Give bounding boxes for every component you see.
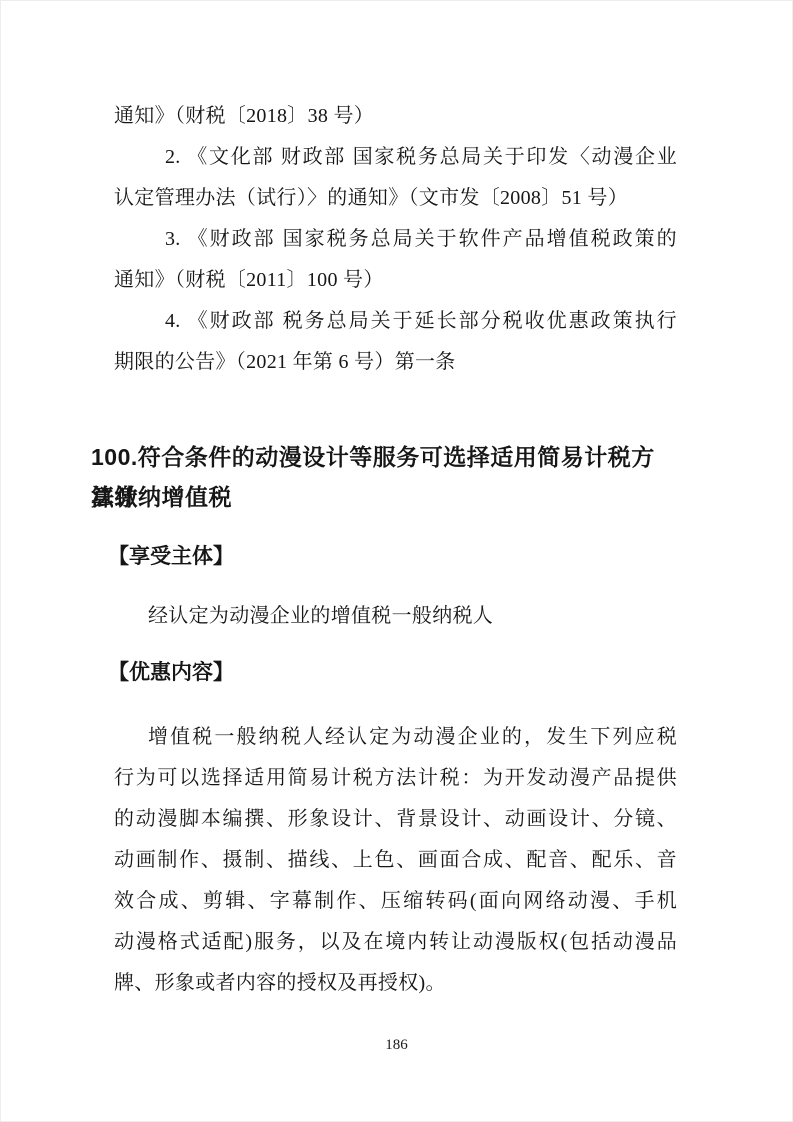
- reference-continuation: 通知》（财税〔2018〕38 号）: [114, 96, 677, 137]
- text-line: 通知》（财税〔2018〕38 号）: [114, 96, 677, 137]
- text-line: 牌、形象或者内容的授权及再授权)。: [114, 963, 677, 1004]
- page-body: 通知》（财税〔2018〕38 号）2. 《文化部 财政部 国家税务总局关于印发〈…: [114, 1, 677, 1004]
- text-line: 通知》（财税〔2011〕100 号）: [114, 260, 677, 301]
- text-line: 3. 《财政部 国家税务总局关于软件产品增值税政策的: [114, 219, 677, 260]
- document-page: 通知》（财税〔2018〕38 号）2. 《文化部 财政部 国家税务总局关于印发〈…: [0, 0, 793, 1122]
- section-heading-line: 算缴纳增值税: [91, 477, 677, 517]
- text-line: 增值税一般纳税人经认定为动漫企业的，发生下列应税: [114, 717, 677, 758]
- reference-item-4: 4. 《财政部 税务总局关于延长部分税收优惠政策执行期限的公告》（2021 年第…: [114, 301, 677, 383]
- section-heading: 100.符合条件的动漫设计等服务可选择适用简易计税方法计算缴纳增值税: [91, 437, 677, 517]
- benefit-subject-label: 【享受主体】: [108, 537, 677, 577]
- reference-list: 通知》（财税〔2018〕38 号）2. 《文化部 财政部 国家税务总局关于印发〈…: [114, 96, 677, 383]
- text-line: 效合成、剪辑、字幕制作、压缩转码(面向网络动漫、手机: [114, 881, 677, 922]
- reference-item-2: 2. 《文化部 财政部 国家税务总局关于印发〈动漫企业认定管理办法（试行）〉的通…: [114, 137, 677, 219]
- benefit-subject-paragraph: 经认定为动漫企业的增值税一般纳税人: [114, 596, 677, 637]
- section-blocks: 【享受主体】经认定为动漫企业的增值税一般纳税人【优惠内容】增值税一般纳税人经认定…: [114, 537, 677, 1004]
- benefit-content-paragraph: 增值税一般纳税人经认定为动漫企业的，发生下列应税行为可以选择适用简易计税方法计税…: [114, 717, 677, 1004]
- reference-item-3: 3. 《财政部 国家税务总局关于软件产品增值税政策的通知》（财税〔2011〕10…: [114, 219, 677, 301]
- text-line: 2. 《文化部 财政部 国家税务总局关于印发〈动漫企业: [114, 137, 677, 178]
- text-line: 4. 《财政部 税务总局关于延长部分税收优惠政策执行: [114, 301, 677, 342]
- text-line: 经认定为动漫企业的增值税一般纳税人: [114, 596, 677, 637]
- text-line: 动漫格式适配)服务，以及在境内转让动漫版权(包括动漫品: [114, 922, 677, 963]
- text-line: 的动漫脚本编撰、形象设计、背景设计、动画设计、分镜、: [114, 799, 677, 840]
- text-line: 认定管理办法（试行）〉的通知》（文市发〔2008〕51 号）: [114, 178, 677, 219]
- text-line: 期限的公告》（2021 年第 6 号）第一条: [114, 342, 677, 383]
- section-heading-line: 100.符合条件的动漫设计等服务可选择适用简易计税方法计: [91, 437, 677, 477]
- benefit-content-label: 【优惠内容】: [108, 653, 677, 693]
- text-line: 行为可以选择适用简易计税方法计税：为开发动漫产品提供: [114, 758, 677, 799]
- text-line: 动画制作、摄制、描线、上色、画面合成、配音、配乐、音: [114, 840, 677, 881]
- page-number: 186: [1, 1037, 792, 1054]
